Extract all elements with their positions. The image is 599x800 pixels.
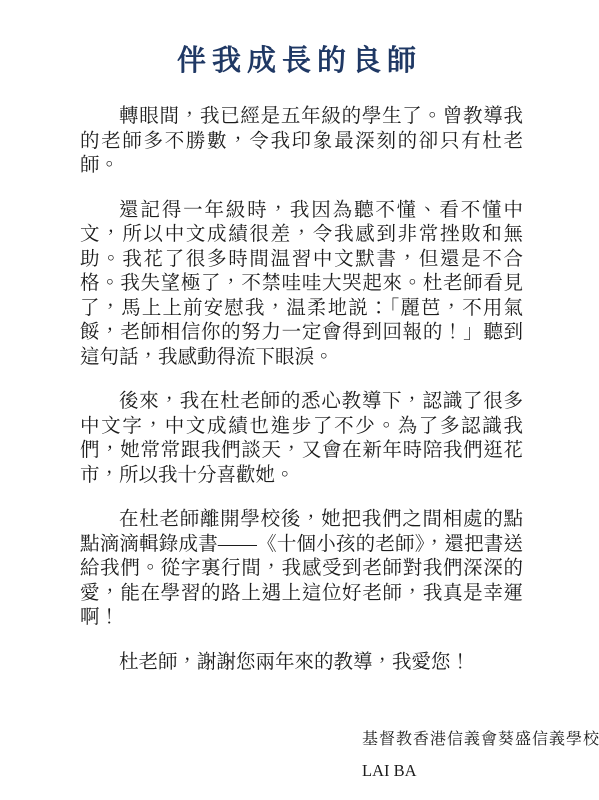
essay-page: 伴我成長的良師 轉眼間，我已經是五年級的學生了。曾教導我的老師多不勝數，令我印象… [0,0,599,800]
paragraph-closing-thanks: 杜老師，謝謝您兩年來的教導，我愛您！ [80,651,523,676]
paragraph-grade-one-struggle: 還記得一年級時，我因為聽不懂、看不懂中文，所以中文成績很差，令我感到非常挫敗和無… [80,199,523,371]
essay-body: 轉眼間，我已經是五年級的學生了。曾教導我的老師多不勝數，令我印象最深刻的卻只有杜… [80,105,523,675]
school-name: 基督教香港信義會葵盛信義學校 [362,729,599,751]
paragraph-improvement: 後來，我在杜老師的悉心教導下，認識了很多中文字，中文成績也進步了不少。為了多認識… [80,390,523,488]
signature-block: 基督教香港信義會葵盛信義學校 LAI BA [362,729,599,781]
paragraph-teacher-book: 在杜老師離開學校後，她把我們之間相處的點點滴滴輯錄成書——《十個小孩的老師》，還… [80,508,523,631]
paragraph-intro: 轉眼間，我已經是五年級的學生了。曾教導我的老師多不勝數，令我印象最深刻的卻只有杜… [80,105,523,179]
essay-title: 伴我成長的良師 [0,44,599,78]
author-name: LAI BA [362,760,599,781]
